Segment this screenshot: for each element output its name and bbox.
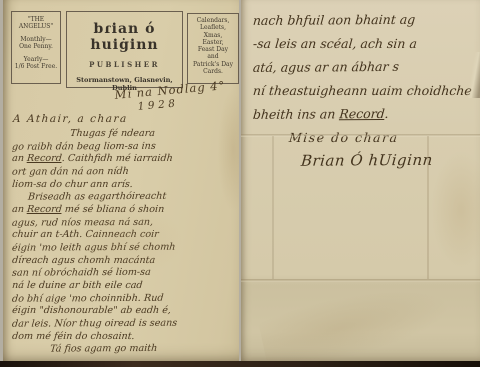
product-line: Calendars, <box>188 17 238 24</box>
letter-line-segment: . <box>384 106 389 121</box>
letter-line-segment: an <box>12 153 28 164</box>
letter-line: nach bhfuil aon bhaint ag <box>252 7 480 32</box>
periodical-yearly-price: 1/6 Post Free. <box>12 63 60 70</box>
letter-line: ort gan dán ná aon nídh <box>11 165 238 179</box>
product-line: Xmas, <box>188 32 238 39</box>
product-line: Leaflets, <box>188 24 238 31</box>
underlined-word: Record <box>27 204 63 215</box>
product-line: and <box>188 53 238 60</box>
underlined-word: Record <box>27 153 63 164</box>
product-line: Patrick's Day <box>188 61 238 68</box>
letter-line: an Record. Caithfidh mé iarraidh <box>11 153 238 166</box>
letter-greeting: A Athair, a chara <box>13 113 129 125</box>
letter-line: díreach agus chomh macánta <box>11 255 238 268</box>
letter-line: agus, rud níos measa ná san, <box>11 216 238 230</box>
periodical-frequency: Monthly— <box>12 36 60 43</box>
letter-line: do bhí aige 'mo choinnibh. Rud <box>11 292 238 306</box>
letter-line: dar leis. Níor thug oiread is seans <box>11 317 238 331</box>
letter-line: -sa leis an scéal, ach sin a <box>252 32 480 56</box>
letter-line: dom mé féin do chosaint. <box>11 331 238 344</box>
letter-body-page-one: Thugas fé ndeara go raibh dán beag liom-… <box>12 128 238 356</box>
letterhead-name-box: bɾian ó huiġinn PUBLISHER Stormanstown, … <box>66 11 183 88</box>
periodical-title: "THE ANGELUS" <box>12 16 60 31</box>
letter-line: Tá fios agam go maith <box>49 343 238 357</box>
letterhead-periodical-box: "THE ANGELUS" Monthly— One Penny. Yearly… <box>11 11 61 84</box>
fold-crease-horizontal <box>241 279 480 282</box>
letter-page-two: nach bhfuil aon bhaint ag -sa leis an sc… <box>241 0 480 361</box>
scan-edge <box>0 361 480 367</box>
letter-page-one: "THE ANGELUS" Monthly— One Penny. Yearly… <box>3 0 239 361</box>
letter-line: atá, agus ar an ábhar s <box>252 54 480 79</box>
underlined-word: Record <box>339 106 386 121</box>
product-line: Easter, <box>188 39 238 46</box>
letter-line: Briseadh as eagarthóireacht <box>27 191 238 205</box>
letter-body-page-two: nach bhfuil aon bhaint ag -sa leis an sc… <box>253 8 480 173</box>
product-line: Feast Day <box>188 46 238 53</box>
publisher-role: PUBLISHER <box>67 60 182 69</box>
letter-line: bheith ins an Record. <box>252 101 480 126</box>
letter-line: éigin "dishonourable" ab eadh é, <box>11 305 238 318</box>
publisher-name: bɾian ó huiġinn <box>67 21 182 53</box>
letter-line: Thugas fé ndeara <box>69 128 238 141</box>
signature: Brian Ó hUiginn <box>300 148 480 173</box>
periodical-price: One Penny. <box>12 43 60 50</box>
letter-scan: "THE ANGELUS" Monthly— One Penny. Yearly… <box>0 0 480 367</box>
letter-line: an Record mé sé bliana ó shoin <box>11 204 238 217</box>
letter-line-segment: . Caithfidh mé iarraidh <box>61 153 173 164</box>
letter-line: ná le duine ar bith eile cad <box>11 280 238 293</box>
letter-line: éigin 'mo leith agus bhí sé chomh <box>11 241 238 255</box>
letter-line: ní theastuigheann uaim choidhche <box>252 79 480 103</box>
paper-stain <box>257 276 455 361</box>
letter-line: liom-sa do chur ann arís. <box>11 179 238 192</box>
letter-closing: Mise do chara <box>288 126 480 150</box>
letter-line-segment: bheith ins an <box>252 106 340 122</box>
letter-line: chuir an t-Ath. Cainneach coir <box>11 229 238 242</box>
periodical-yearly: Yearly— <box>12 56 60 63</box>
letter-line-segment: mé sé bliana ó shoin <box>61 204 164 215</box>
product-line: Cards. <box>188 68 238 75</box>
letterhead-products-box: Calendars, Leaflets, Xmas, Easter, Feast… <box>187 13 239 84</box>
letter-line: go raibh dán beag liom-sa ins <box>11 140 238 154</box>
letter-line-segment: an <box>12 204 28 215</box>
letter-line: san ní obróchaidh sé liom-sa <box>11 267 238 281</box>
